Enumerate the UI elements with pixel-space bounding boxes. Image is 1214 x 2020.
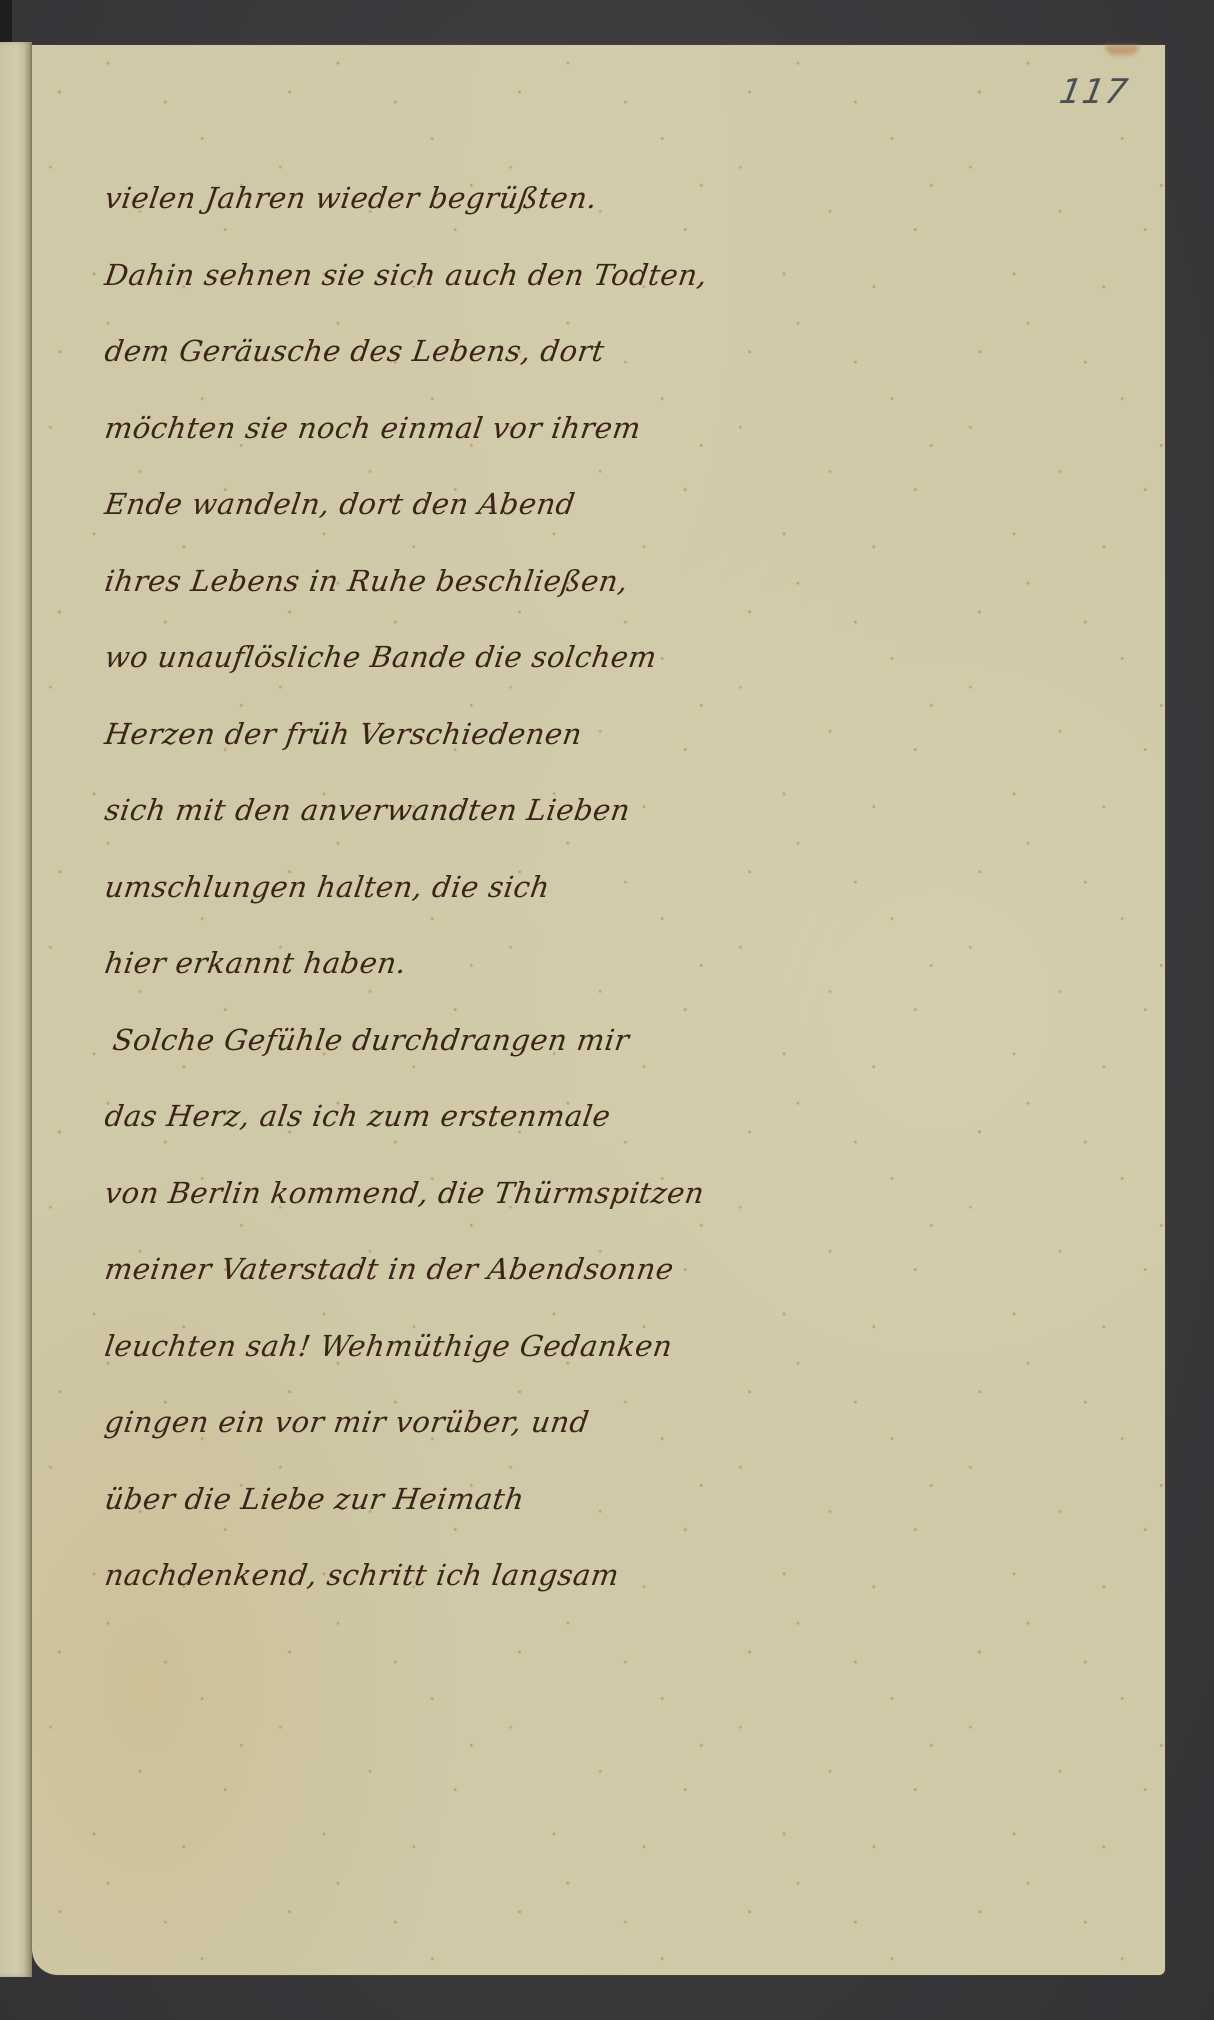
manuscript-line: hier erkannt haben.: [100, 925, 851, 1002]
binding-shadow: [0, 0, 12, 46]
manuscript-line: Solche Gefühle durchdrangen mir: [100, 1002, 851, 1079]
manuscript-line: leuchten sah! Wehmüthige Gedanken: [100, 1308, 851, 1385]
previous-page-edge: [0, 42, 32, 1977]
manuscript-line: dem Geräusche des Lebens, dort: [100, 313, 851, 390]
manuscript-line: nachdenkend, schritt ich langsam: [100, 1537, 851, 1614]
manuscript-line: über die Liebe zur Heimath: [100, 1461, 851, 1538]
manuscript-line: sich mit den anverwandten Lieben: [100, 772, 851, 849]
manuscript-line: Ende wandeln, dort den Abend: [100, 466, 851, 543]
manuscript-line: meiner Vaterstadt in der Abendsonne: [100, 1231, 851, 1308]
manuscript-line: wo unauflösliche Bande die solchem: [100, 619, 851, 696]
manuscript-line: Dahin sehnen sie sich auch den Todten,: [100, 237, 851, 314]
manuscript-line: vielen Jahren wieder begrüßten.: [100, 160, 851, 237]
manuscript-line: ihres Lebens in Ruhe beschließen,: [100, 543, 851, 620]
folio-number: 117: [1056, 72, 1131, 112]
manuscript-line: umschlungen halten, die sich: [100, 849, 851, 926]
manuscript-line: von Berlin kommend, die Thürmspitzen: [100, 1155, 851, 1232]
manuscript-line: Herzen der früh Verschiedenen: [100, 696, 851, 773]
handwritten-text-block: vielen Jahren wieder begrüßten. Dahin se…: [105, 160, 845, 1614]
paper-stain: [1105, 45, 1139, 55]
manuscript-line: gingen ein vor mir vorüber, und: [100, 1384, 851, 1461]
manuscript-line: das Herz, als ich zum erstenmale: [100, 1078, 851, 1155]
manuscript-line: möchten sie noch einmal vor ihrem: [100, 390, 851, 467]
